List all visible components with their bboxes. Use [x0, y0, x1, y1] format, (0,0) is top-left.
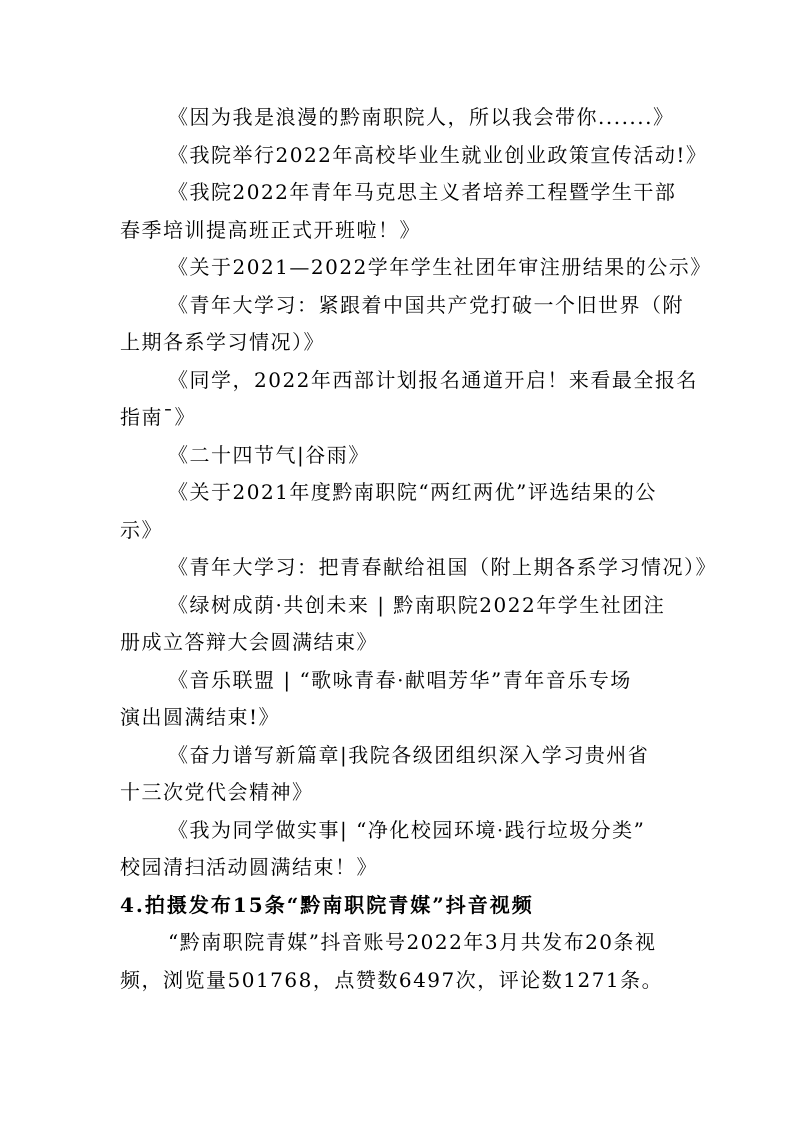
paragraph-line: 频，浏览量501768，点赞数6497次，评论数1271条。: [120, 962, 680, 1000]
article-title-line: 《关于2021年度黔南职院“两红两优”评选结果的公: [120, 474, 680, 512]
article-title-line: 《我院举行2022年高校毕业生就业创业政策宣传活动!》: [120, 137, 680, 175]
article-title-line: 《因为我是浪漫的黔南职院人，所以我会带你.......》: [120, 99, 680, 137]
article-title-line: 《青年大学习：紧跟着中国共产党打破一个旧世界（附: [120, 287, 680, 325]
paragraph-line: “黔南职院青媒”抖音账号2022年3月共发布20条视: [120, 924, 680, 962]
article-title-line: 《青年大学习：把青春献给祖国（附上期各系学习情况）》: [120, 549, 680, 587]
document-page: 《因为我是浪漫的黔南职院人，所以我会带你.......》 《我院举行2022年高…: [120, 99, 680, 999]
article-title-continuation: 示》: [120, 512, 680, 550]
article-title-continuation: 演出圆满结束!》: [120, 699, 680, 737]
article-title-continuation: 春季培训提高班正式开班啦！》: [120, 212, 680, 250]
article-title-line: 《我为同学做实事| “净化校园环境·践行垃圾分类”: [120, 812, 680, 850]
article-title-continuation: 十三次党代会精神》: [120, 774, 680, 812]
article-title-line: 《奋力谱写新篇章|我院各级团组织深入学习贵州省: [120, 737, 680, 775]
article-title-line: 《二十四节气|谷雨》: [120, 437, 680, 475]
article-title-continuation: 册成立答辩大会圆满结束》: [120, 624, 680, 662]
article-title-line: 《关于2021—2022学年学生社团年审注册结果的公示》: [120, 249, 680, 287]
article-title-line: 《同学，2022年西部计划报名通道开启！来看最全报名: [120, 362, 680, 400]
article-title-line: 《绿树成荫·共创未来 | 黔南职院2022年学生社团注: [120, 587, 680, 625]
section-heading: 4.拍摄发布15条“黔南职院青媒”抖音视频: [120, 887, 680, 925]
article-title-continuation: 上期各系学习情况）》: [120, 324, 680, 362]
article-title-line: 《音乐联盟 | “歌咏青春·献唱芳华”青年音乐专场: [120, 662, 680, 700]
article-title-continuation: 校园清扫活动圆满结束！》: [120, 849, 680, 887]
article-title-continuation: 指南¯》: [120, 399, 680, 437]
article-title-line: 《我院2022年青年马克思主义者培养工程暨学生干部: [120, 174, 680, 212]
